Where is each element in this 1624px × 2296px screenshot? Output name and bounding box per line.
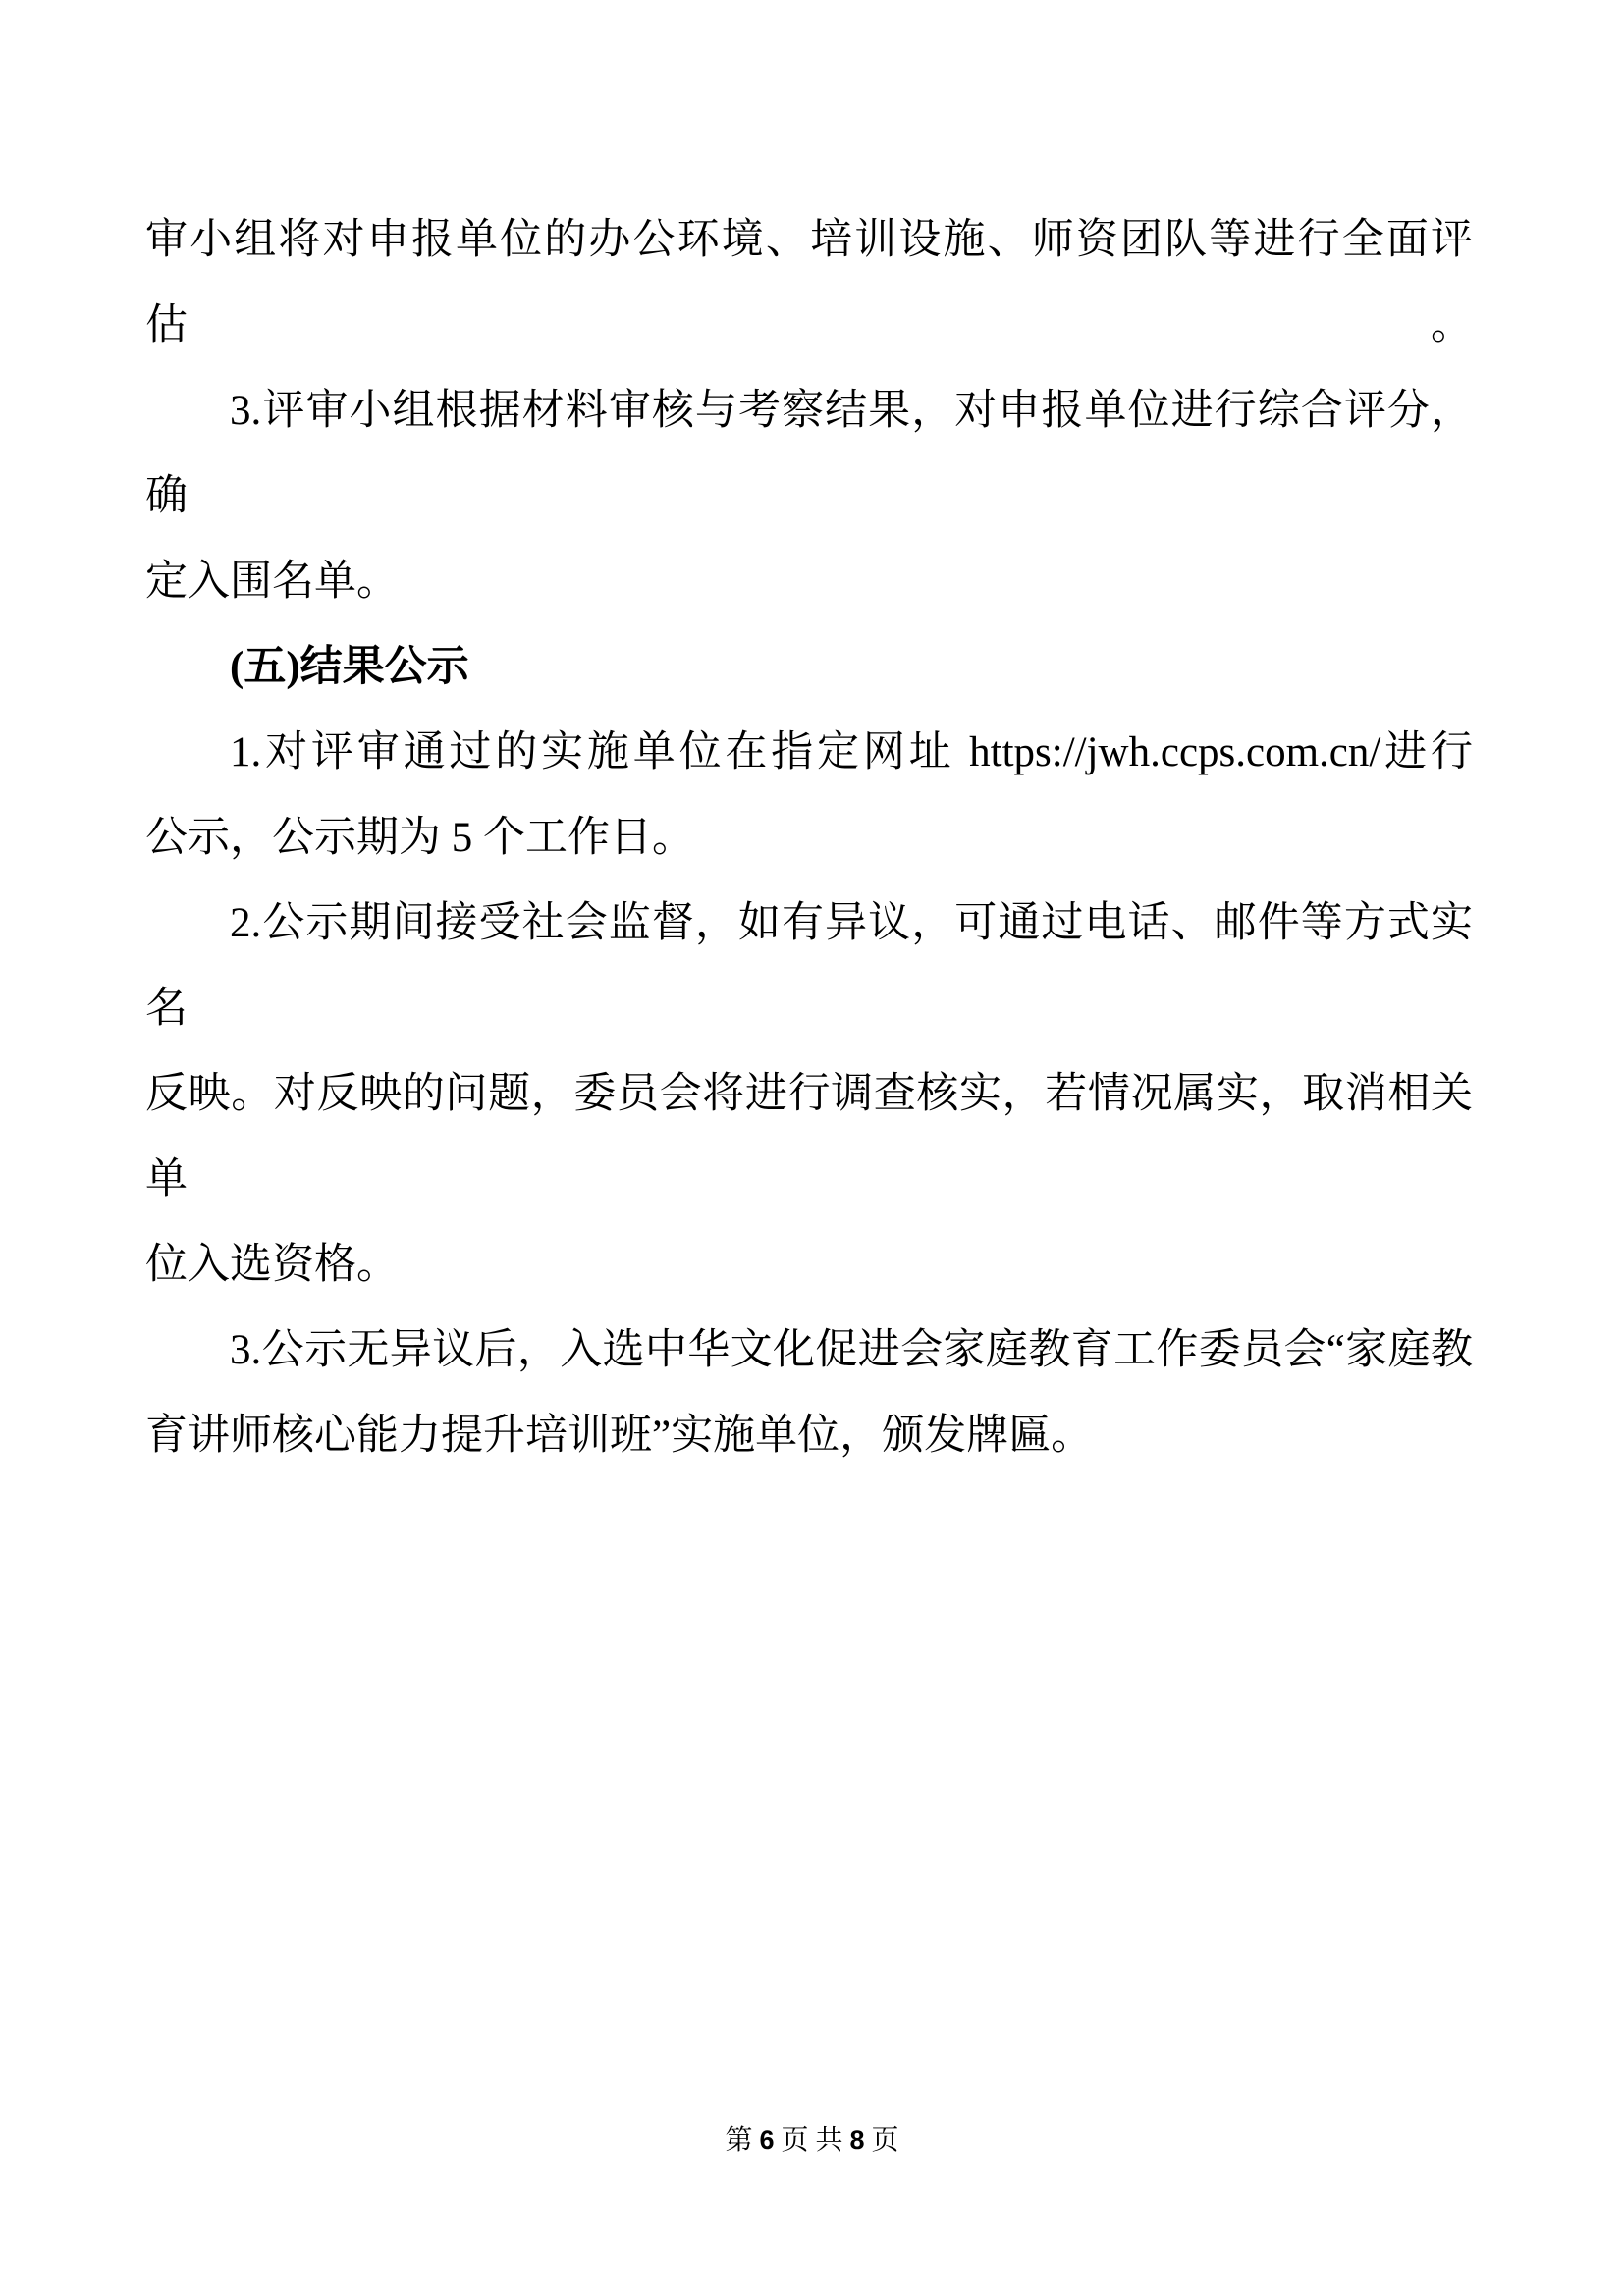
- footer-label: 第: [725, 2125, 752, 2156]
- footer-current-page: 6: [759, 2125, 774, 2155]
- footer-label: 页: [872, 2125, 899, 2156]
- section-heading-result-publicity: (五)结果公示: [145, 624, 1473, 710]
- footer-label: 共: [816, 2125, 843, 2156]
- text-line-continuation: 育讲师核心能力提升培训班”实施单位，颁发牌匾。: [145, 1393, 1473, 1478]
- text-line-continuation: 定入围名单。: [145, 539, 1473, 624]
- document-body: 审小组将对申报单位的办公环境、培训设施、师资团队等进行全面评估。 3.评审小组根…: [145, 197, 1473, 1478]
- text-line-item-3b: 3.公示无异议后，入选中华文化促进会家庭教育工作委员会“家庭教: [145, 1308, 1473, 1393]
- footer-label: 页: [781, 2125, 808, 2156]
- text-line-continuation: 公示，公示期为 5 个工作日。: [145, 795, 1473, 881]
- text-line-continuation: 反映。对反映的问题，委员会将进行调查核实，若情况属实，取消相关单: [145, 1051, 1473, 1222]
- text-line-continuation: 位入选资格。: [145, 1222, 1473, 1308]
- document-page: 审小组将对申报单位的办公环境、培训设施、师资团队等进行全面评估。 3.评审小组根…: [0, 0, 1624, 2296]
- footer-total-pages: 8: [850, 2125, 865, 2155]
- text-line-continuation: 审小组将对申报单位的办公环境、培训设施、师资团队等进行全面评估。: [145, 197, 1473, 368]
- page-footer: 第 6 页 共 8 页: [0, 2120, 1624, 2161]
- text-line-item-3: 3.评审小组根据材料审核与考察结果，对申报单位进行综合评分，确: [145, 368, 1473, 539]
- text-line-item-2: 2.公示期间接受社会监督，如有异议，可通过电话、邮件等方式实名: [145, 881, 1473, 1051]
- text-line-item-1: 1.对评审通过的实施单位在指定网址 https://jwh.ccps.com.c…: [145, 710, 1473, 795]
